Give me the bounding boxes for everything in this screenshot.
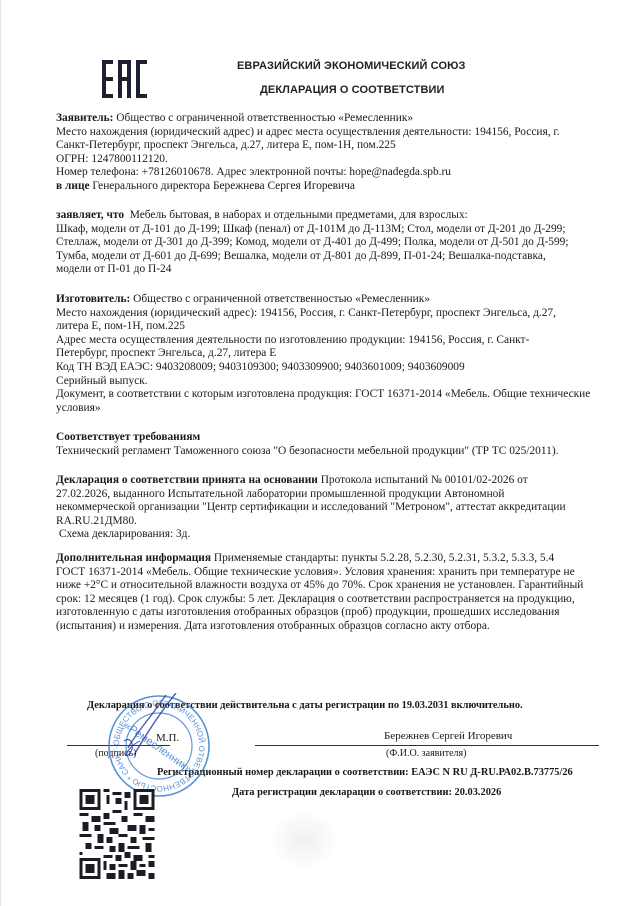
additional-line3: ниже +2°С и относительной влажности возд… bbox=[56, 579, 616, 593]
product-line4: Тумба, модели от Д-601 до Д-699; Вешалка… bbox=[56, 250, 616, 264]
basis-line2: 27.02.2026, выданного Испытательной лабо… bbox=[56, 488, 616, 502]
registration-number: Регистрационный номер декларации о соотв… bbox=[157, 767, 573, 778]
product-line3: Стеллаж, модели от Д-301 до Д-399; Комод… bbox=[56, 236, 616, 250]
represented-by: Генерального директора Бережнева Сергея … bbox=[90, 180, 355, 192]
additional-line5: изготовленную с даты изготовления отобра… bbox=[56, 606, 616, 620]
compliance-text: Технический регламент Таможенного союза … bbox=[56, 445, 616, 459]
name-caption: (Ф.И.О. заявителя) bbox=[386, 748, 466, 759]
name-line bbox=[255, 745, 599, 746]
basis-line4: RA.RU.21ДМ80. bbox=[56, 515, 616, 529]
additional-label: Дополнительная информация bbox=[56, 552, 211, 564]
represented-label: в лице bbox=[56, 180, 90, 192]
product-line2: Шкаф, модели от Д-101 до Д-199; Шкаф (пе… bbox=[56, 223, 616, 237]
declaration-scheme: Схема декларирования: 3д. bbox=[56, 528, 616, 542]
additional-line4: срок: 12 месяцев (1 год). Срок службы: 5… bbox=[56, 593, 616, 607]
applicant-section: Заявитель: Общество с ограниченной ответ… bbox=[56, 112, 616, 194]
manufacturer-legal-address-line1: Место нахождения (юридический адрес): 19… bbox=[56, 307, 616, 321]
signature-caption: (подпись) bbox=[95, 748, 137, 759]
additional-line1: Применяемые стандарты: пункты 5.2.28, 5.… bbox=[211, 552, 554, 564]
compliance-section: Соответствует требованиям Технический ре… bbox=[56, 431, 616, 458]
manufacturer-label: Изготовитель: bbox=[56, 293, 130, 305]
product-line1: Мебель бытовая, в наборах и отдельными п… bbox=[124, 209, 468, 221]
additional-line2: ГОСТ 16371-2014 «Мебель. Общие техническ… bbox=[56, 566, 616, 580]
hs-codes: Код ТН ВЭД ЕАЭС: 9403208009; 9403109300;… bbox=[56, 361, 616, 375]
manufacturer-legal-address-line2: литера Е, пом-1Н, пом.225 bbox=[56, 320, 616, 334]
signature-line bbox=[67, 745, 170, 746]
eac-logo-icon bbox=[102, 60, 148, 98]
seal-label: М.П. bbox=[156, 732, 179, 744]
applicant-label: Заявитель: bbox=[56, 112, 113, 124]
manufacturer-production-address-line2: Петербург, проспект Энгельса, д.27, лите… bbox=[56, 347, 616, 361]
applicant-ogrn: ОГРН: 1247800112120. bbox=[56, 153, 616, 167]
product-section: заявляет, что Мебель бытовая, в наборах … bbox=[56, 209, 616, 277]
product-line5: модели от П-01 до П-24 bbox=[56, 263, 616, 277]
applicant-contacts: Номер телефона: +78126010678. Адрес элек… bbox=[56, 166, 616, 180]
additional-info-section: Дополнительная информация Применяемые ст… bbox=[56, 552, 616, 634]
standard-line2: условия» bbox=[56, 402, 616, 416]
release-type: Серийный выпуск. bbox=[56, 375, 616, 389]
basis-line1: Протокола испытаний № 00101/02-2026 от bbox=[318, 474, 528, 486]
basis-label: Декларация о соответствии принята на осн… bbox=[56, 474, 318, 486]
declares-label: заявляет, что bbox=[56, 209, 124, 221]
applicant-address-line1: Место нахождения (юридический адрес) и а… bbox=[56, 126, 616, 140]
manufacturer-section: Изготовитель: Общество с ограниченной от… bbox=[56, 293, 616, 415]
registration-date: Дата регистрации декларации о соответств… bbox=[232, 787, 501, 798]
scan-smudge bbox=[269, 810, 339, 870]
standard-line1: Документ, в соответствии с которым изгот… bbox=[56, 388, 616, 402]
declaration-page: ЕВРАЗИЙСКИЙ ЭКОНОМИЧЕСКИЙ СОЮЗ ДЕКЛАРАЦИ… bbox=[0, 0, 642, 906]
document-title: ДЕКЛАРАЦИЯ О СООТВЕТСТВИИ bbox=[260, 84, 445, 96]
basis-section: Декларация о соответствии принята на осн… bbox=[56, 474, 616, 542]
validity-statement: Декларация о соответствии действительна … bbox=[87, 700, 523, 711]
applicant-address-line2: Санкт-Петербург, проспект Энгельса, д.27… bbox=[56, 139, 616, 153]
manufacturer-name: Общество с ограниченной ответственностью… bbox=[130, 293, 430, 305]
compliance-label: Соответствует требованиям bbox=[56, 431, 616, 445]
applicant-name: Общество с ограниченной ответственностью… bbox=[113, 112, 413, 124]
union-title: ЕВРАЗИЙСКИЙ ЭКОНОМИЧЕСКИЙ СОЮЗ bbox=[237, 60, 466, 72]
manufacturer-production-address-line1: Адрес места осуществления деятельности п… bbox=[56, 334, 616, 348]
additional-line6: (испытания) и измерения. Дата изготовлен… bbox=[56, 620, 616, 634]
qr-code-icon bbox=[79, 789, 155, 879]
applicant-signatory-name: Бережнев Сергей Игоревич bbox=[384, 730, 512, 742]
basis-line3: некоммерческой организации "Центр сертиф… bbox=[56, 501, 616, 515]
